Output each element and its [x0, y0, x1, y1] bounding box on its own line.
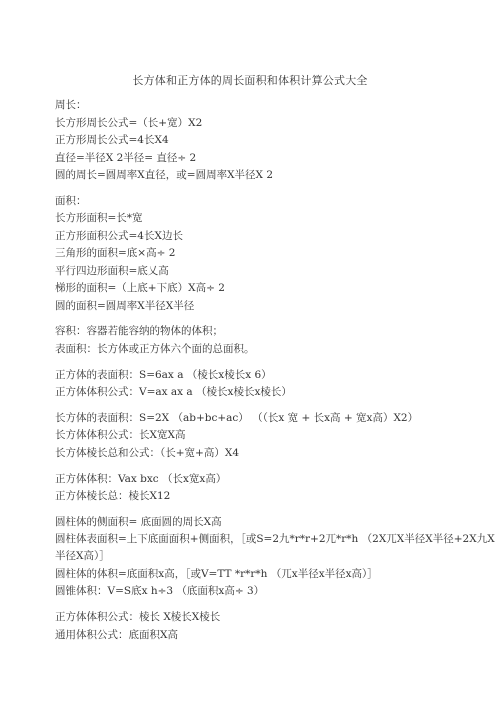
document-line: 正方体的表面积：S=6ax a （棱长x棱长x 6）: [55, 368, 272, 382]
document-line: 正方体体积：Vax bxc （长x宽x高）: [55, 472, 226, 486]
document-line: 正方体体积公式：V=ax ax a （棱长x棱长x棱长）: [55, 385, 292, 399]
document-line: 正方形面积公式=4长X边长: [55, 229, 183, 243]
document-line: 平行四边形面积=底乂高: [55, 264, 169, 278]
document-line: 面积：: [55, 194, 87, 208]
document-line: 正方体棱长总：棱长X12: [55, 489, 170, 503]
document-line: 三角形的面积=底×高÷ 2: [55, 246, 175, 260]
document-line: 圆柱体的侧面积= 底面圆的周长X高: [55, 515, 222, 529]
document-line: 长方体体积公式：长X宽X高: [55, 428, 185, 442]
document-line: 圆锥体积：V=S底x h÷3 （底面积x高÷ 3）: [55, 584, 264, 598]
document-line: 长方体棱长总和公式：（长+宽+高）X4: [55, 446, 239, 460]
document-line: 容积：容器若能容纳的物体的体积；: [55, 324, 223, 338]
document-line: 梯形的面积=（上底+下底）X高÷ 2: [55, 281, 225, 295]
document-line: 圆的面积=圆周率X半径X半径: [55, 299, 194, 313]
document-line: 正方体体积公式：棱长 X棱长X棱长: [55, 610, 220, 624]
document-line: 圆的周长=圆周率X直径，或=圆周率X半径X 2: [55, 168, 273, 182]
document-line: 半径X高）］: [55, 549, 110, 563]
document-line: 长方形周长公式=（长+宽）X2: [55, 116, 202, 130]
document-line: 圆柱体表面积=上下底面面积+侧面积，［或S=2九*r*r+2兀*r*h （2X兀…: [55, 532, 495, 546]
document-line: 长方体的表面积：S=2X （ab+bc+ac） （（长x 宽 + 长x高 + 宽…: [55, 411, 418, 425]
document-line: 直径=半径X 2半径= 直径÷ 2: [55, 151, 196, 165]
document-title: 长方体和正方体的周长面积和体积计算公式大全: [0, 72, 500, 88]
document-line: 周长：: [55, 98, 87, 112]
document-line: 圆柱体的体积=底面积x高，［或V=TT *r*r*h （兀x半径x半径x高）］: [55, 567, 378, 581]
document-line: 长方形面积=长*宽: [55, 211, 143, 225]
document-page: 长方体和正方体的周长面积和体积计算公式大全 周长：长方形周长公式=（长+宽）X2…: [0, 0, 500, 708]
document-line: 通用体积公式：底面积X高: [55, 628, 178, 642]
document-line: 正方形周长公式=4长X4: [55, 133, 169, 147]
document-line: 表面积：长方体或正方体六个面的总面积。: [55, 342, 255, 356]
